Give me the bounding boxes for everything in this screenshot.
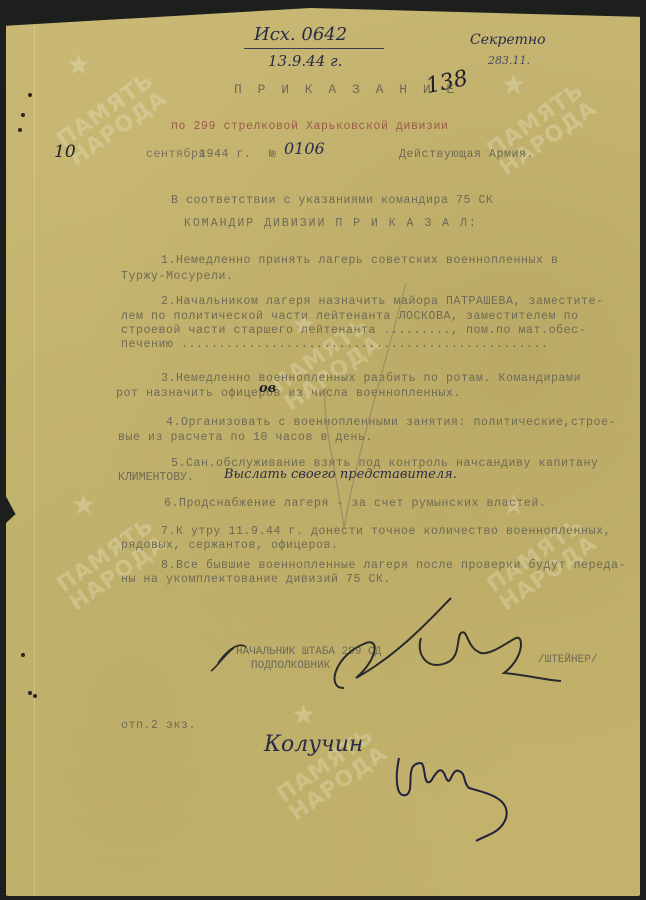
secret-mark: Секретно — [470, 32, 546, 48]
date-day: 10 — [54, 142, 76, 162]
punch-hole — [28, 691, 32, 695]
item-1-line-2: Туржу-Мосурели. — [121, 270, 234, 284]
watermark-star-icon: ★ — [71, 488, 96, 522]
punch-hole — [21, 113, 25, 117]
number-label: № — [269, 148, 277, 162]
order-number: 0106 — [284, 139, 325, 158]
note-signature-stroke — [391, 743, 531, 843]
document-title: П Р И К А З А Н И Е — [234, 83, 458, 97]
ref-divider — [244, 48, 384, 49]
watermark-star-icon: ★ — [501, 68, 526, 102]
document-page: ★ ПАМЯТЬНАРОДА ★ ПАМЯТЬНАРОДА ★ ПАМЯТЬНА… — [6, 8, 640, 896]
item-7-line-2: рядовых, сержантов, офицеров. — [121, 539, 339, 553]
item-8-line-2: ны на укомплектование дивизий 75 СК. — [121, 573, 391, 587]
secret-mark-number: 283.11. — [488, 54, 530, 67]
date-year: 1944 г. — [199, 148, 252, 162]
document-subtitle: по 299 стрелковой Харьковской дивизии — [171, 120, 449, 134]
watermark: ПАМЯТЬНАРОДА — [54, 515, 172, 616]
command-line: КОМАНДИР ДИВИЗИИ П Р И К А З А Л: — [184, 217, 478, 231]
date-month: сентября — [146, 148, 206, 162]
page-fold-line — [34, 8, 35, 896]
outgoing-ref: Исх. 0642 — [254, 24, 347, 45]
item-3-handwritten-insert: ов — [259, 381, 276, 396]
item-1-line-1: 1.Немедленно принять лагерь советских во… — [161, 254, 559, 268]
handwritten-note: Колучин — [264, 732, 363, 757]
location: Действующая Армия. — [399, 148, 534, 162]
watermark-star-icon: ★ — [66, 48, 91, 82]
item-8-line-1: 8.Все бывшие военнопленные лагеря после … — [161, 559, 626, 573]
copies-note: отп.2 экз. — [121, 719, 196, 733]
signature-stroke — [206, 593, 566, 703]
watermark-star-icon: ★ — [291, 698, 316, 732]
punch-hole — [28, 93, 32, 97]
punch-hole — [21, 653, 25, 657]
item-5-line-2: КЛИМЕНТОВУ. — [118, 471, 194, 485]
outgoing-date: 13.9.44 г. — [268, 52, 342, 70]
punch-hole — [33, 694, 37, 698]
punch-hole — [18, 128, 22, 132]
pencil-check-mark — [286, 278, 416, 538]
intro-line: В соответствии с указаниями командира 75… — [171, 194, 494, 208]
